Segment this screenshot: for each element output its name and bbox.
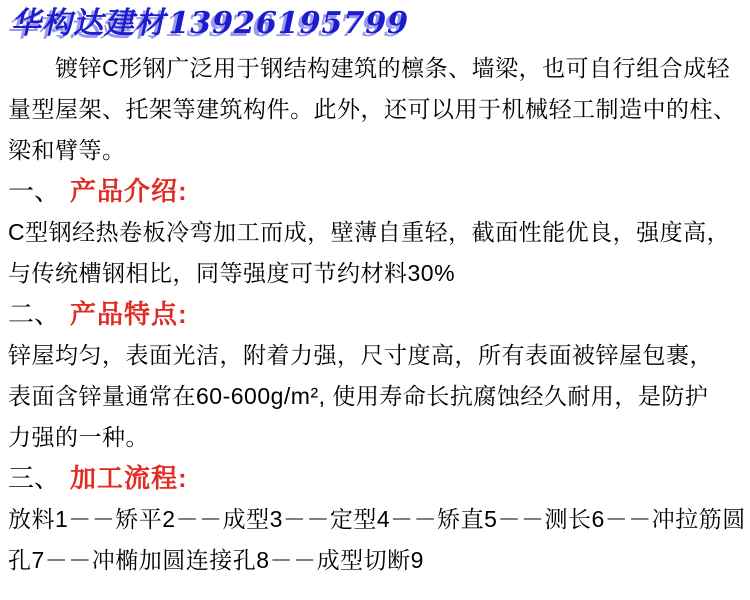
paragraph-line: 锌屋均匀，表面光洁，附着力强，尺寸度高，所有表面被锌屋包裹， (8, 335, 742, 376)
section-number: 二、 (8, 299, 60, 329)
paragraph-line: 力强的一种。 (8, 417, 742, 458)
section-product-features: 二、产品特点: 锌屋均匀，表面光洁，附着力强，尺寸度高，所有表面被锌屋包裹， 表… (8, 294, 742, 458)
paragraph-line: 表面含锌量通常在60-600g/m², 使用寿命长抗腐蚀经久耐用，是防护 (8, 376, 742, 417)
intro-line: 镀锌C形钢广泛用于钢结构建筑的檩条、墙梁，也可自行组合成轻 (8, 48, 742, 89)
paragraph-line: 孔7－－冲椭加圆连接孔8－－成型切断9 (8, 540, 742, 581)
section-heading: 二、产品特点: (8, 294, 742, 335)
section-heading: 一、产品介绍: (8, 171, 742, 212)
paragraph-line: C型钢经热卷板冷弯加工而成，壁薄自重轻，截面性能优良，强度高， (8, 212, 742, 253)
vendor-header: 华构达建材13926195799 (8, 2, 742, 48)
section-heading: 三、加工流程: (8, 458, 742, 499)
section-number: 一、 (8, 176, 60, 206)
product-description-page: 华构达建材13926195799 镀锌C形钢广泛用于钢结构建筑的檩条、墙梁，也可… (0, 0, 750, 600)
section-title: 产品介绍: (70, 176, 188, 206)
section-product-intro: 一、产品介绍: C型钢经热卷板冷弯加工而成，壁薄自重轻，截面性能优良，强度高， … (8, 171, 742, 294)
section-process-flow: 三、加工流程: 放料1－－矫平2－－成型3－－定型4－－矫直5－－测长6－－冲拉… (8, 458, 742, 581)
intro-paragraph: 镀锌C形钢广泛用于钢结构建筑的檩条、墙梁，也可自行组合成轻 量型屋架、托架等建筑… (8, 48, 742, 171)
intro-line: 量型屋架、托架等建筑构件。此外，还可以用于机械轻工制造中的柱、 (8, 89, 742, 130)
section-number: 三、 (8, 463, 60, 493)
paragraph-line: 放料1－－矫平2－－成型3－－定型4－－矫直5－－测长6－－冲拉筋圆 (8, 499, 742, 540)
section-title: 加工流程: (70, 463, 188, 493)
intro-line: 梁和臂等。 (8, 130, 742, 171)
vendor-title: 华构达建材13926195799 (8, 2, 413, 48)
paragraph-line: 与传统槽钢相比，同等强度可节约材料30% (8, 253, 742, 294)
section-title: 产品特点: (70, 299, 188, 329)
